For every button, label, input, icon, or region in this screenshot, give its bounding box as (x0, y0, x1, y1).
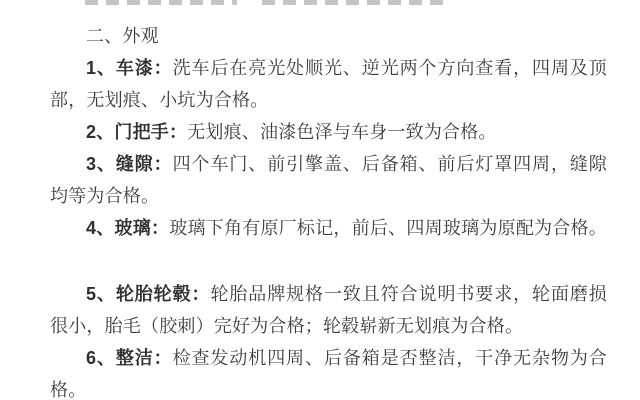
inspection-item-tires: 5、轮胎轮毂：轮胎品牌规格一致且符合说明书要求，轮面磨损 很小，胎毛（胶刺）完好… (50, 278, 607, 342)
inspection-item-paint: 1、车漆：洗车后在亮光处顺光、逆光两个方向查看，四周及顶 部，无划痕、小坑为合格… (50, 52, 607, 116)
item-text: 部，无划痕、小坑为合格。 (50, 90, 268, 110)
item-label: 4、玻璃： (86, 218, 169, 238)
item-text: 检查发动机四周、后备箱是否整洁，干净无杂物为合 (173, 348, 607, 368)
text-line: 2、门把手：无划痕、油漆色泽与车身一致为合格。 (50, 116, 607, 148)
inspection-item-door-handle: 2、门把手：无划痕、油漆色泽与车身一致为合格。 (50, 116, 607, 148)
document-body: 二、外观 1、车漆：洗车后在亮光处顺光、逆光两个方向查看，四周及顶 部，无划痕、… (50, 20, 607, 400)
cropped-text-remnant (262, 0, 444, 5)
inspection-item-glass: 4、玻璃：玻璃下角有原厂标记，前后、四周玻璃为原配为合格。 (50, 212, 607, 244)
item-text: 均等为合格。 (50, 186, 159, 206)
text-line: 格。 (50, 374, 607, 400)
text-line: 3、缝隙：四个车门、前引擎盖、后备箱、前后灯罩四周，缝隙 (50, 148, 607, 180)
item-label: 6、整洁： (86, 348, 173, 368)
text-line: 很小，胎毛（胶刺）完好为合格；轮毂崭新无划痕为合格。 (50, 310, 607, 342)
document-page: 二、外观 1、车漆：洗车后在亮光处顺光、逆光两个方向查看，四周及顶 部，无划痕、… (0, 0, 640, 400)
inspection-item-cleanliness: 6、整洁：检查发动机四周、后备箱是否整洁，干净无杂物为合 格。 (50, 342, 607, 400)
item-label: 3、缝隙： (86, 154, 173, 174)
text-line: 5、轮胎轮毂：轮胎品牌规格一致且符合说明书要求，轮面磨损 (50, 278, 607, 310)
item-label: 1、车漆： (86, 58, 173, 78)
item-text: 轮胎品牌规格一致且符合说明书要求，轮面磨损 (210, 284, 607, 304)
item-text: 洗车后在亮光处顺光、逆光两个方向查看，四周及顶 (173, 58, 607, 78)
item-text: 无划痕、油漆色泽与车身一致为合格。 (187, 122, 496, 142)
cropped-text-remnant (85, 0, 237, 5)
item-label: 5、轮胎轮毂： (86, 284, 210, 304)
text-line: 6、整洁：检查发动机四周、后备箱是否整洁，干净无杂物为合 (50, 342, 607, 374)
inspection-item-gaps: 3、缝隙：四个车门、前引擎盖、后备箱、前后灯罩四周，缝隙 均等为合格。 (50, 148, 607, 212)
section-heading: 二、外观 (50, 20, 607, 52)
item-text: 四个车门、前引擎盖、后备箱、前后灯罩四周，缝隙 (173, 154, 607, 174)
item-text: 很小，胎毛（胶刺）完好为合格；轮毂崭新无划痕为合格。 (50, 316, 523, 336)
item-text: 格。 (50, 380, 86, 400)
text-line: 1、车漆：洗车后在亮光处顺光、逆光两个方向查看，四周及顶 (50, 52, 607, 84)
item-label: 2、门把手： (86, 122, 187, 142)
text-line: 部，无划痕、小坑为合格。 (50, 84, 607, 116)
text-line: 均等为合格。 (50, 180, 607, 212)
item-text: 玻璃下角有原厂标记，前后、四周玻璃为原配为合格。 (169, 218, 607, 238)
text-line: 4、玻璃：玻璃下角有原厂标记，前后、四周玻璃为原配为合格。 (50, 212, 607, 244)
